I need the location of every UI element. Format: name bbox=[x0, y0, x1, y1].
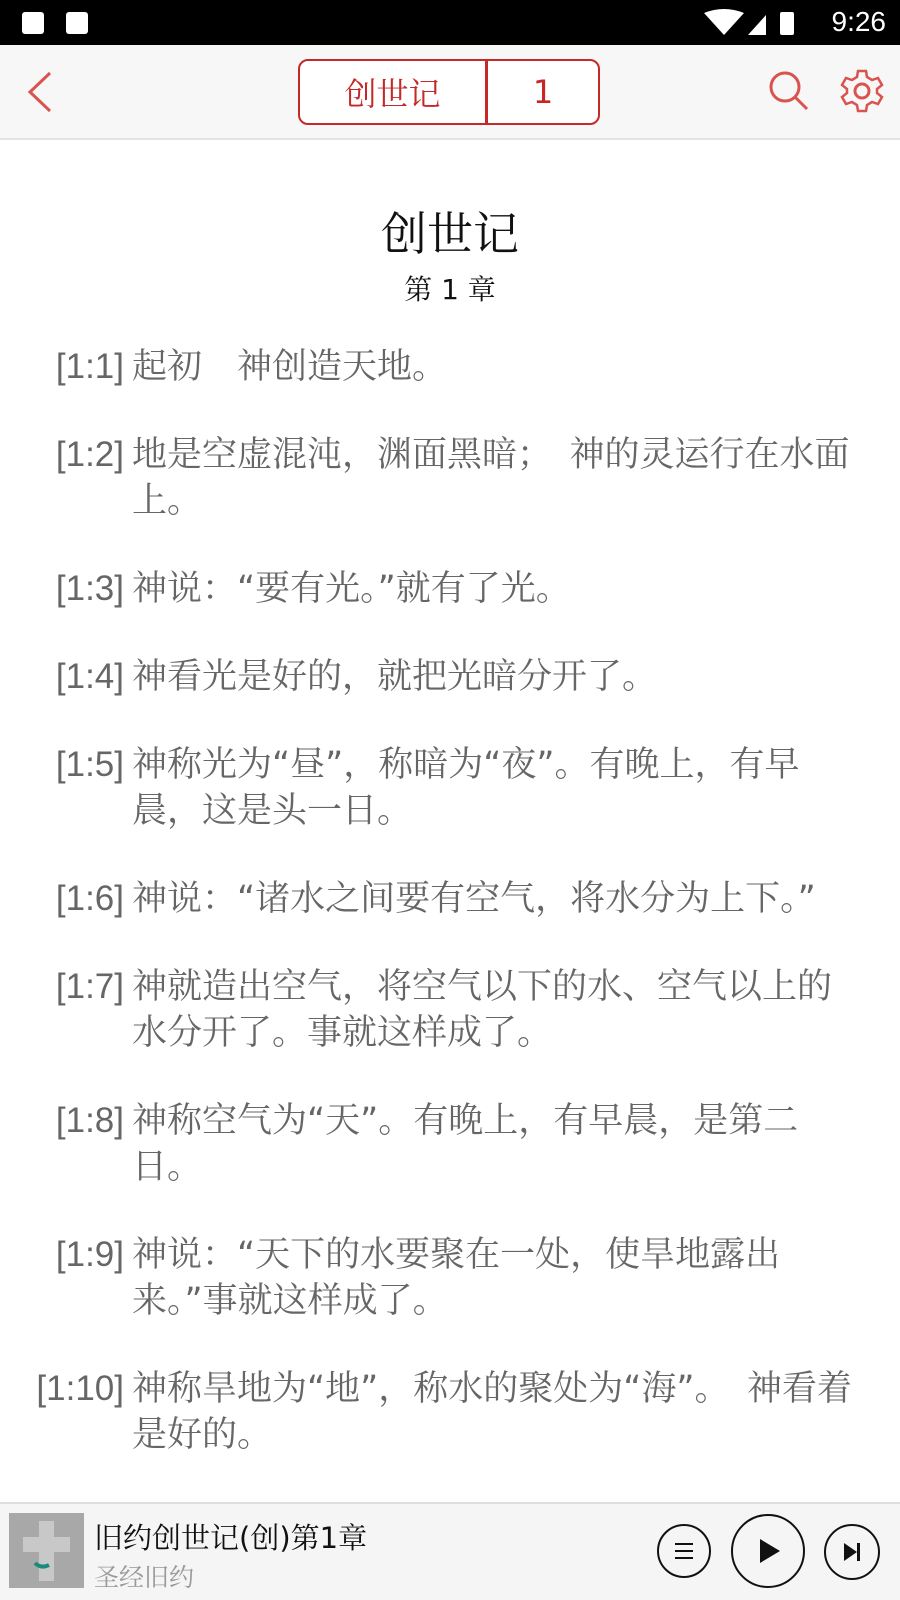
verse-number: [1:6] bbox=[0, 876, 132, 922]
verse[interactable]: [1:3]神说：“要有光。”就有了光。 bbox=[0, 566, 900, 612]
chapter-content[interactable]: 创世记 第 1 章 [1:1]起初 神创造天地。 [1:2]地是空虚混沌，渊面黑… bbox=[0, 140, 900, 1502]
next-button[interactable] bbox=[824, 1524, 880, 1580]
verse[interactable]: [1:8]神称空气为“天”。有晚上，有早晨，是第二日。 bbox=[0, 1098, 900, 1190]
cross-thumbnail-icon bbox=[9, 1513, 84, 1588]
status-bar: 9:26 bbox=[0, 0, 900, 45]
verse[interactable]: [1:10]神称旱地为“地”，称水的聚处为“海”。 神看着是好的。 bbox=[0, 1366, 900, 1458]
verse-text: 神说：“诸水之间要有空气，将水分为上下。” bbox=[132, 876, 860, 922]
toolbar: 创世记 1 bbox=[0, 45, 900, 140]
book-selector-button[interactable]: 创世记 bbox=[300, 61, 488, 123]
search-icon[interactable] bbox=[765, 67, 813, 115]
verse[interactable]: [1:1]起初 神创造天地。 bbox=[0, 344, 900, 390]
verse-number: [1:4] bbox=[0, 654, 132, 700]
verse[interactable]: [1:6]神说：“诸水之间要有空气，将水分为上下。” bbox=[0, 876, 900, 922]
verse-text: 起初 神创造天地。 bbox=[132, 344, 860, 390]
back-icon[interactable] bbox=[18, 67, 68, 117]
verse[interactable]: [1:9]神说：“天下的水要聚在一处，使旱地露出来。”事就这样成了。 bbox=[0, 1232, 900, 1324]
verse[interactable]: [1:7]神就造出空气，将空气以下的水、空气以上的水分开了。事就这样成了。 bbox=[0, 964, 900, 1056]
playlist-button[interactable] bbox=[657, 1524, 711, 1578]
a-icon bbox=[66, 12, 88, 34]
verse-number: [1:8] bbox=[0, 1098, 132, 1190]
gear-icon[interactable] bbox=[838, 67, 886, 115]
verse-number: [1:1] bbox=[0, 344, 132, 390]
verse-number: [1:2] bbox=[0, 432, 132, 524]
skip-next-icon bbox=[840, 1540, 864, 1564]
verse-number: [1:9] bbox=[0, 1232, 132, 1324]
chapter-selector-button[interactable]: 1 bbox=[488, 61, 598, 123]
verse-text: 神称光为“昼”，称暗为“夜”。有晚上，有早晨，这是头一日。 bbox=[132, 742, 860, 834]
verse-number: [1:3] bbox=[0, 566, 132, 612]
verse-text: 神看光是好的，就把光暗分开了。 bbox=[132, 654, 860, 700]
verse-text: 神称旱地为“地”，称水的聚处为“海”。 神看着是好的。 bbox=[132, 1366, 860, 1458]
verse[interactable]: [1:4]神看光是好的，就把光暗分开了。 bbox=[0, 654, 900, 700]
clock: 9:26 bbox=[832, 6, 887, 38]
verse-text: 地是空虚混沌，渊面黑暗； 神的灵运行在水面上。 bbox=[132, 432, 860, 524]
now-playing-title: 旧约创世记(创)第1章 bbox=[94, 1516, 367, 1557]
verse-list: [1:1]起初 神创造天地。 [1:2]地是空虚混沌，渊面黑暗； 神的灵运行在水… bbox=[0, 344, 900, 1458]
image-icon bbox=[22, 12, 44, 34]
chapter-subtitle: 第 1 章 bbox=[0, 268, 900, 308]
verse[interactable]: [1:2]地是空虚混沌，渊面黑暗； 神的灵运行在水面上。 bbox=[0, 432, 900, 524]
verse-text: 神就造出空气，将空气以下的水、空气以上的水分开了。事就这样成了。 bbox=[132, 964, 860, 1056]
verse-number: [1:5] bbox=[0, 742, 132, 834]
book-title: 创世记 bbox=[0, 198, 900, 264]
audio-player[interactable]: 旧约创世记(创)第1章 圣经旧约 bbox=[0, 1502, 900, 1600]
play-icon bbox=[753, 1536, 783, 1566]
verse-text: 神称空气为“天”。有晚上，有早晨，是第二日。 bbox=[132, 1098, 860, 1190]
book-chapter-selector: 创世记 1 bbox=[298, 59, 600, 125]
verse-number: [1:7] bbox=[0, 964, 132, 1056]
verse-number: [1:10] bbox=[0, 1366, 132, 1458]
verse-text: 神说：“要有光。”就有了光。 bbox=[132, 566, 860, 612]
list-icon bbox=[673, 1540, 695, 1562]
now-playing-subtitle: 圣经旧约 bbox=[94, 1558, 194, 1594]
wifi-signal-battery-icon bbox=[702, 9, 802, 37]
verse[interactable]: [1:5]神称光为“昼”，称暗为“夜”。有晚上，有早晨，这是头一日。 bbox=[0, 742, 900, 834]
verse-text: 神说：“天下的水要聚在一处，使旱地露出来。”事就这样成了。 bbox=[132, 1232, 860, 1324]
play-button[interactable] bbox=[731, 1514, 805, 1588]
